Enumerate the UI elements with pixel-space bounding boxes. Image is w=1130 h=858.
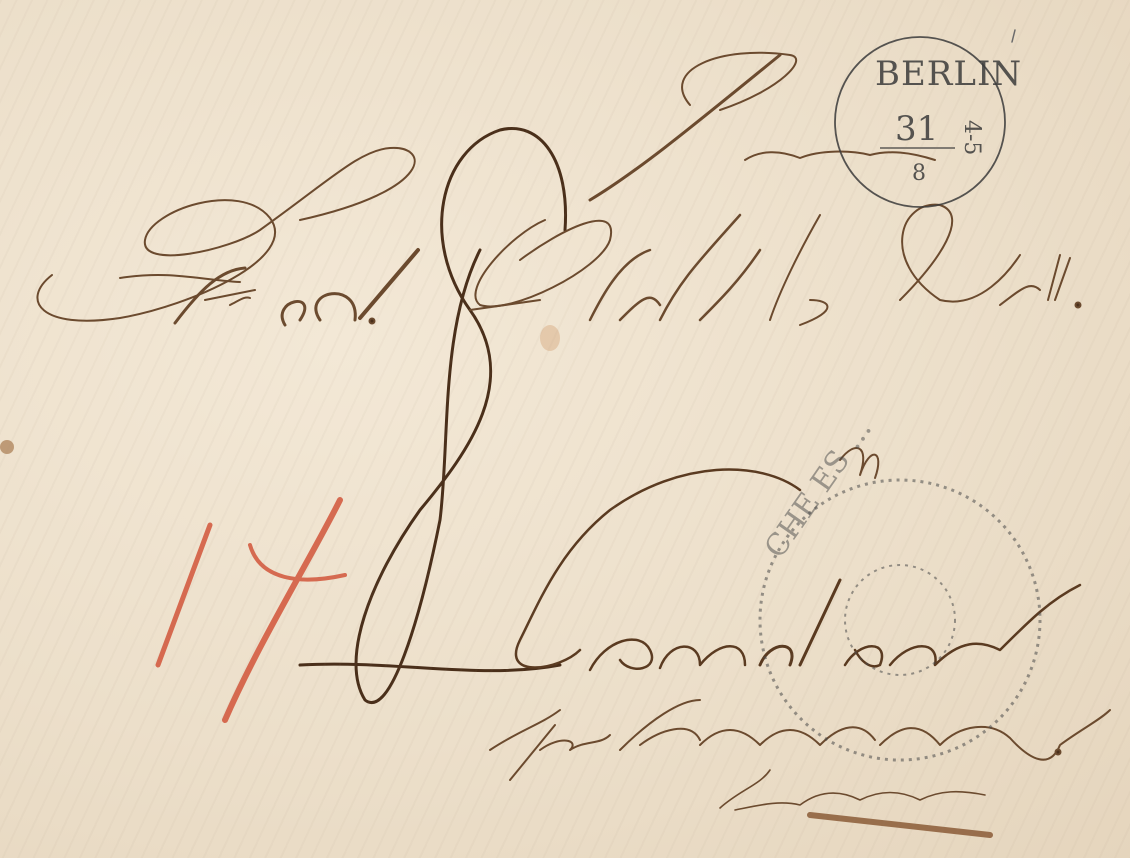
letter-cover: BERLIN 31 8 4-5 CHE ES ... Herren Fried.… (0, 0, 1130, 858)
red-crayon-postage-marking (158, 500, 345, 720)
large-8-marking (300, 128, 566, 702)
handwriting-franco-docket (720, 770, 985, 810)
corner-mark (1012, 30, 1015, 42)
postmark-time: 4-5 (959, 120, 984, 155)
underline-stroke (810, 815, 990, 835)
handwriting-layer: BERLIN 31 8 4-5 CHE ES ... (0, 0, 1130, 858)
transit-postmark-text: CHE ES ... (758, 413, 879, 565)
berlin-postmark-text: BERLIN 31 8 4-5 (875, 54, 1022, 186)
postmark-day: 31 (895, 109, 938, 149)
postmark-month: 8 (912, 161, 926, 186)
postmark-city: BERLIN (875, 54, 1022, 94)
handwriting-gluth-co (470, 205, 1081, 325)
handwriting-fried (37, 148, 418, 325)
handwriting-per-hamburg (490, 700, 1110, 780)
